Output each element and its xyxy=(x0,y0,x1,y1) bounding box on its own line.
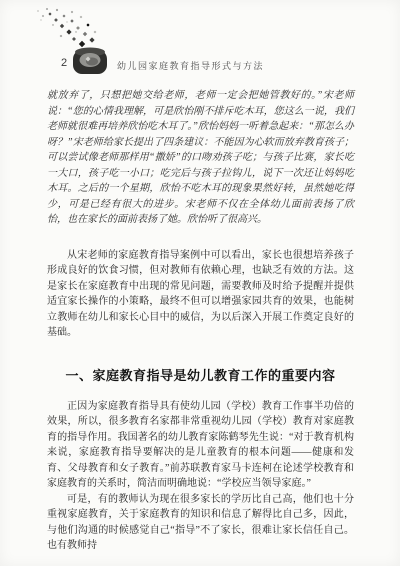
summary-paragraph: 从宋老师的家庭教育指导案例中可以看出，家长也很想培养孩子形成良好的饮食习惯，但对… xyxy=(47,248,354,341)
page-number: 2 xyxy=(61,57,67,69)
section-heading: 一、家庭教育指导是幼儿教育工作的重要内容 xyxy=(47,367,354,385)
page-body: 就放弃了，只想把她交给老师，老师一定会把她管教好的。”宋老师说：“您的心情我理解… xyxy=(47,88,354,554)
running-title: 幼儿园家庭教育指导形式与方法 xyxy=(117,59,264,72)
star-pot-icon xyxy=(26,8,116,76)
book-page: 2 幼儿园家庭教育指导形式与方法 就放弃了，只想把她交给老师，老师一定会把她管教… xyxy=(0,0,400,566)
teacher-view-paragraph: 可是，有的教师认为现在很多家长的学历比自己高，他们也十分重视家庭教育，关于家庭教… xyxy=(47,492,354,554)
importance-paragraph: 正因为家庭教育指导具有使幼儿园（学校）教育工作事半功倍的效果，所以，很多教育名家… xyxy=(47,399,354,492)
case-study-paragraph: 就放弃了，只想把她交给老师，老师一定会把她管教好的。”宋老师说：“您的心情我理解… xyxy=(47,88,354,228)
